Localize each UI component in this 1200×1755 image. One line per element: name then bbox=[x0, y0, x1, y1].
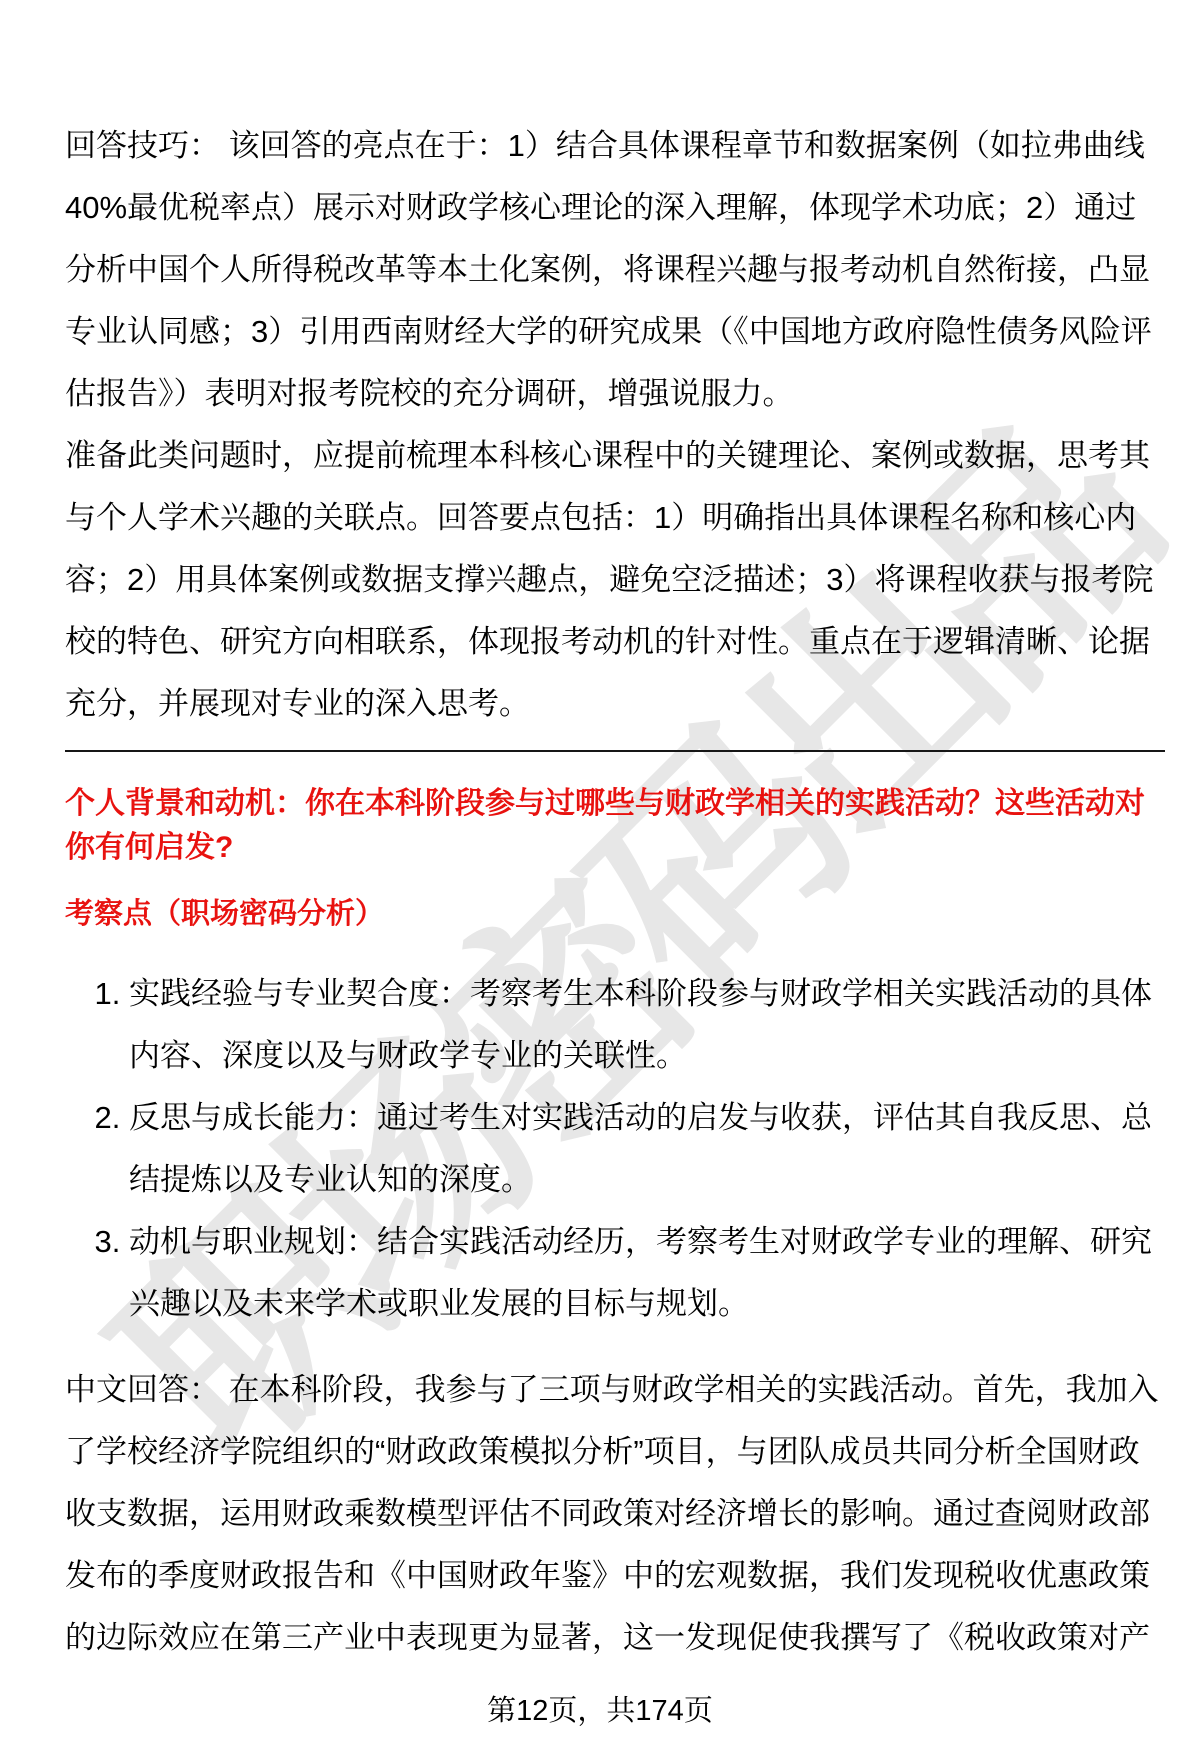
exam-point-3: 动机与职业规划：结合实践活动经历，考察考生对财政学专业的理解、研究兴趣以及未来学… bbox=[129, 1211, 1165, 1335]
page-content: 回答技巧： 该回答的亮点在于：1）结合具体课程章节和数据案例（如拉弗曲线40%最… bbox=[65, 115, 1165, 1669]
answer-technique-paragraph: 回答技巧： 该回答的亮点在于：1）结合具体课程章节和数据案例（如拉弗曲线40%最… bbox=[65, 115, 1165, 425]
exam-points-list: 实践经验与专业契合度：考察考生本科阶段参与财政学相关实践活动的具体内容、深度以及… bbox=[65, 963, 1165, 1335]
section-divider bbox=[65, 750, 1165, 752]
document-page: 职场密码出品 回答技巧： 该回答的亮点在于：1）结合具体课程章节和数据案例（如拉… bbox=[0, 0, 1200, 1755]
exam-points-heading: 考察点（职场密码分析） bbox=[65, 896, 1165, 932]
exam-point-2: 反思与成长能力：通过考生对实践活动的启发与收获，评估其自我反思、总结提炼以及专业… bbox=[129, 1087, 1165, 1211]
chinese-answer-paragraph: 中文回答： 在本科阶段，我参与了三项与财政学相关的实践活动。首先，我加入了学校经… bbox=[65, 1359, 1165, 1669]
page-number-footer: 第12页，共174页 bbox=[0, 1689, 1200, 1733]
question-heading: 个人背景和动机：你在本科阶段参与过哪些与财政学相关的实践活动？这些活动对你有何启… bbox=[65, 782, 1165, 870]
preparation-advice-paragraph: 准备此类问题时，应提前梳理本科核心课程中的关键理论、案例或数据，思考其与个人学术… bbox=[65, 425, 1165, 735]
exam-point-1: 实践经验与专业契合度：考察考生本科阶段参与财政学相关实践活动的具体内容、深度以及… bbox=[129, 963, 1165, 1087]
